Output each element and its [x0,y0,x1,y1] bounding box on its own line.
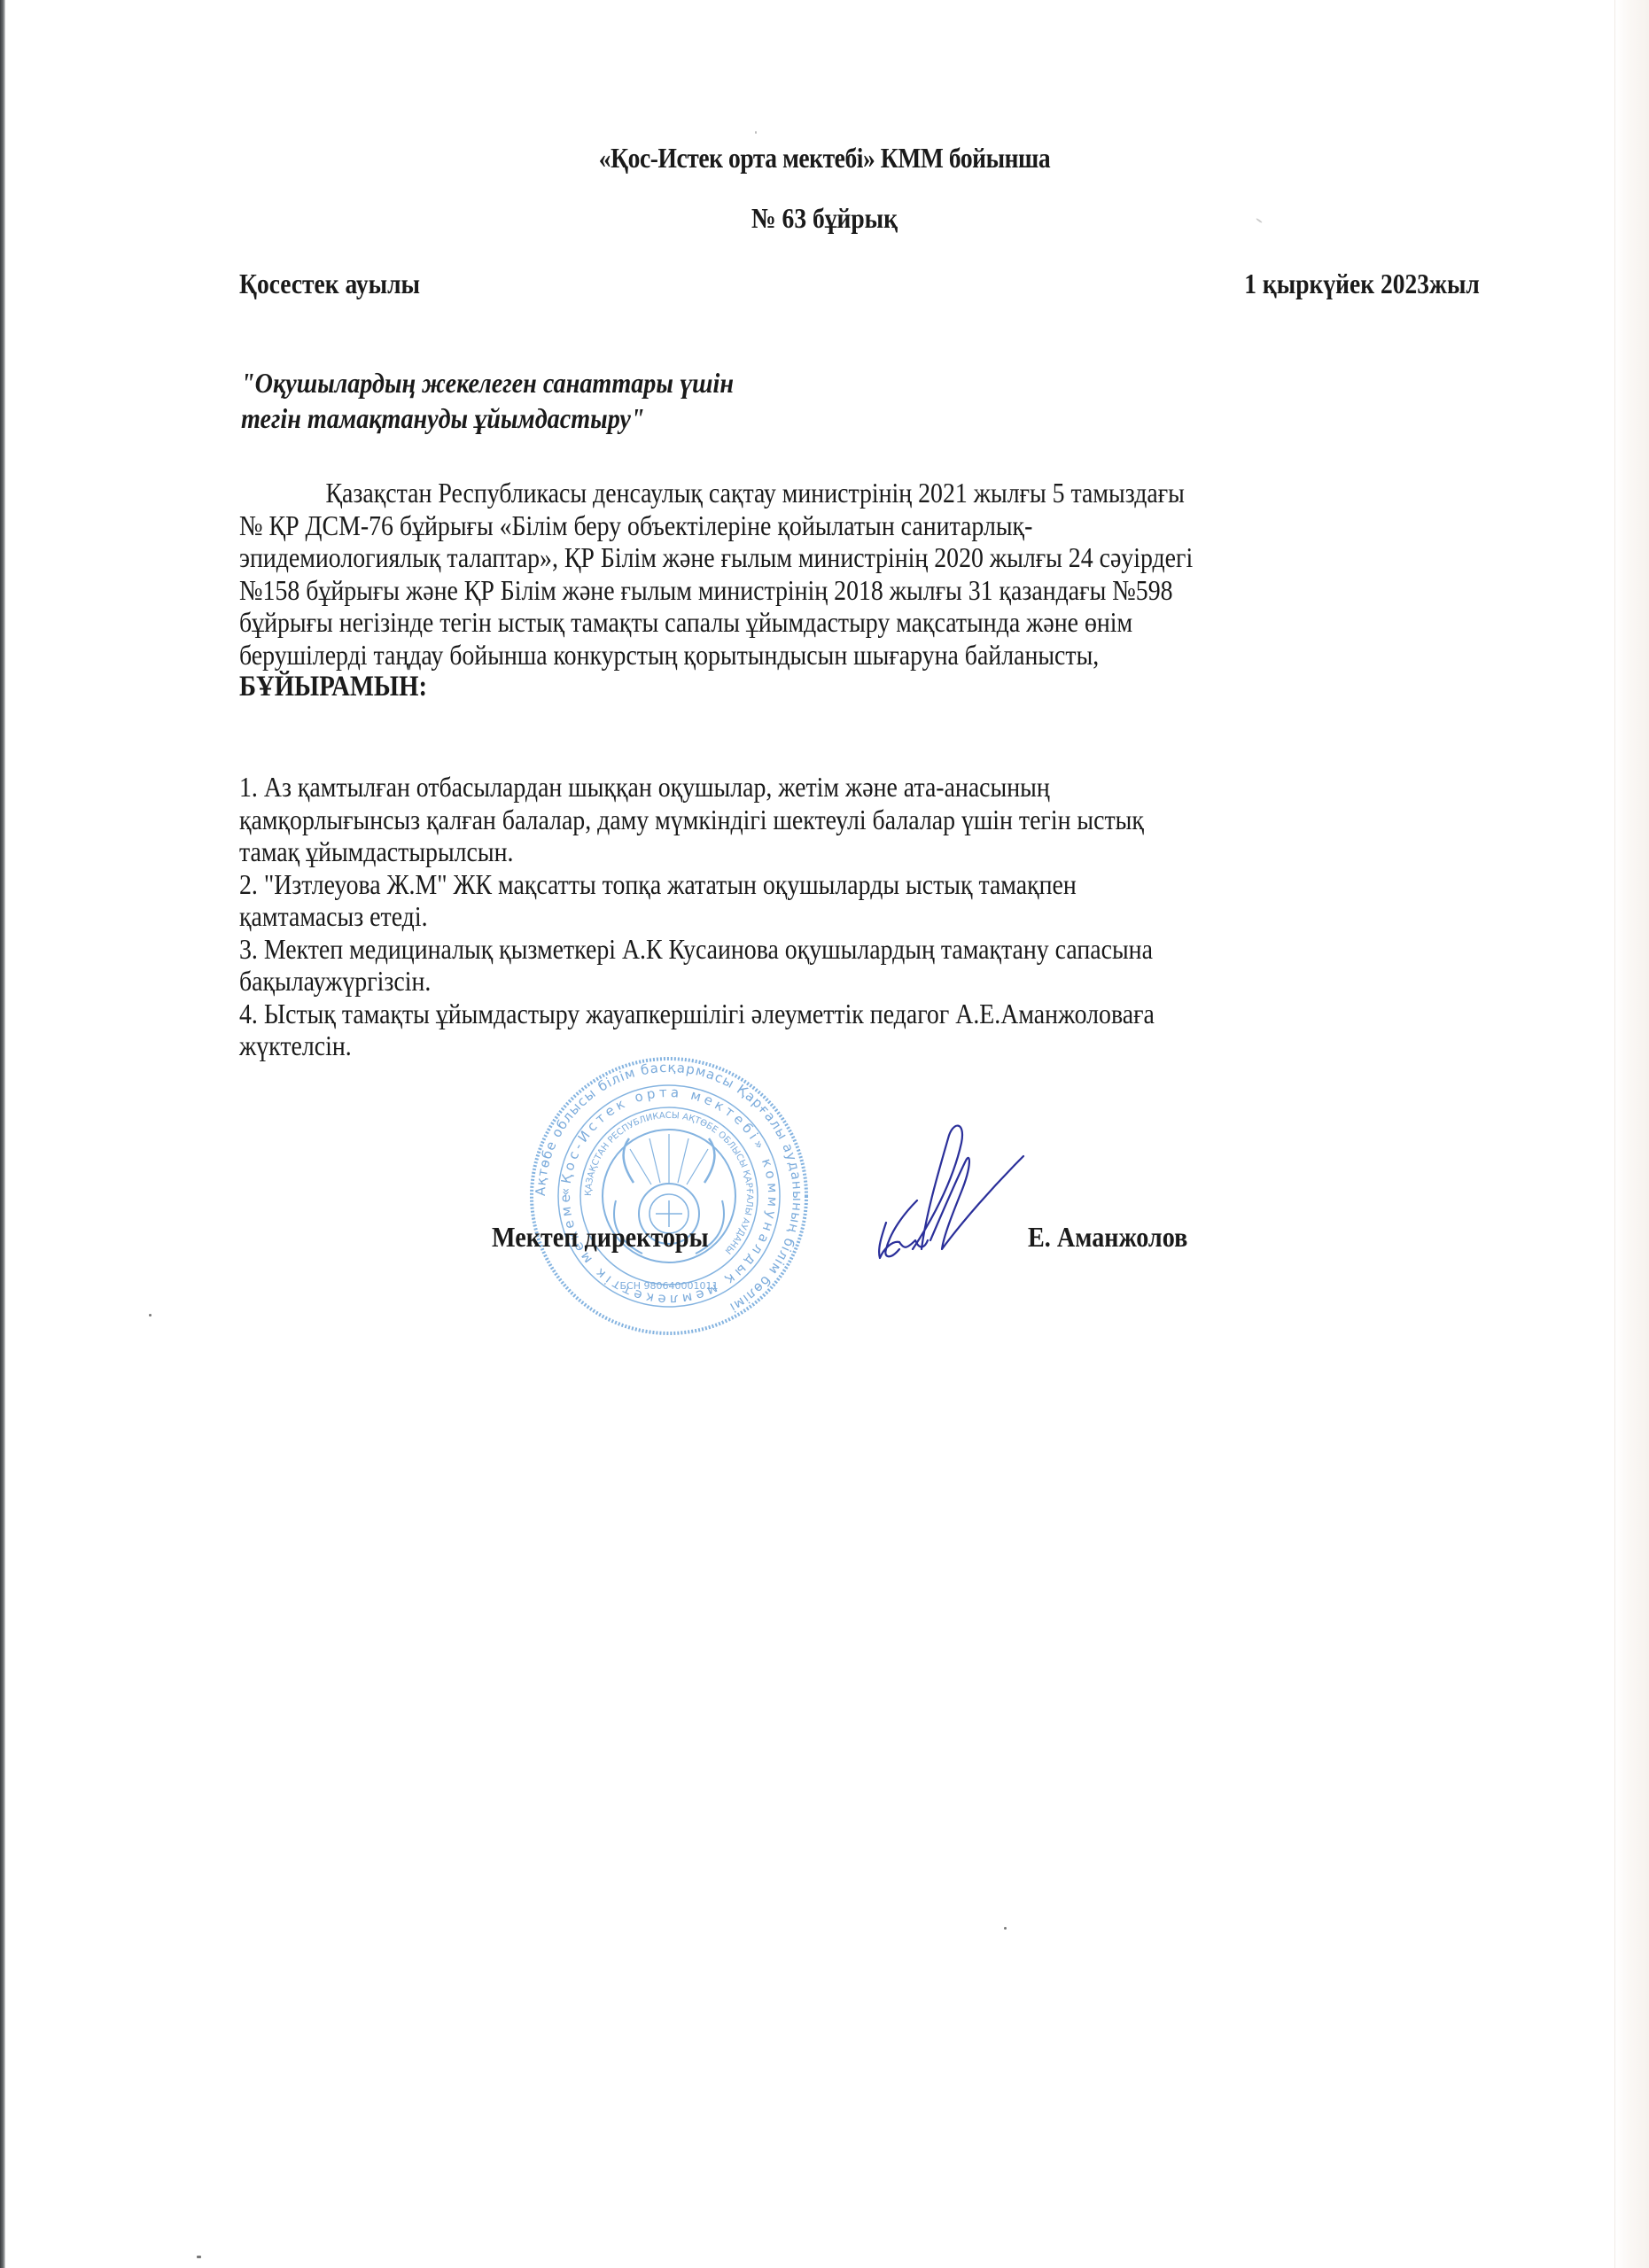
item-line: 1. Аз қамтылған отбасылардан шыққан оқуш… [239,771,1488,804]
order-items: 1. Аз қамтылған отбасылардан шыққан оқуш… [239,771,1488,1062]
preamble-line: Қазақстан Республикасы денсаулық сақтау … [239,477,1488,509]
order-item-3: 3. Мектеп медициналық қызметкері А.К Кус… [239,933,1488,998]
scan-speck [755,131,757,134]
official-stamp-icon: Ақтөбе облысы білім басқармасы Қарғалы а… [527,1050,811,1342]
item-line: 2. "Изтлеуова Ж.М" ЖК мақсатты топқа жат… [239,868,1488,901]
decree-word: БҰЙЫРАМЫН: [239,671,1488,703]
document-page: «Қос-Истек орта мектебі» КММ бойынша № 6… [0,0,1649,2268]
subject-line: "Оқушылардың жекелеген санаттары үшін [241,365,1021,400]
item-line: жүктелсін. [239,1029,1488,1062]
preamble-line: берушілерді таңдау бойынша конкурстың қо… [239,639,1488,672]
preamble: Қазақстан Республикасы денсаулық сақтау … [239,477,1488,703]
signer-role: Мектеп директоры [492,1221,709,1254]
item-line: 4. Ыстық тамақты ұйымдастыру жауапкершіл… [239,998,1488,1030]
scan-speck [1004,1927,1007,1930]
signer-name: Е. Аманжолов [1028,1221,1187,1254]
preamble-line: бұйрығы негізінде тегін ыстық тамақты са… [239,606,1488,639]
item-line: бақылаужүргізсін. [239,965,1488,998]
item-line: қамтамасыз етеді. [239,900,1488,933]
place: Қосестек ауылы [239,268,420,300]
order-subject: "Оқушылардың жекелеген санаттары үшін те… [241,365,1021,436]
item-line: 3. Мектеп медициналық қызметкері А.К Кус… [239,933,1488,966]
page-title: «Қос-Истек орта мектебі» КММ бойынша [115,142,1533,175]
signature-icon [837,1116,1041,1267]
scan-speck [197,2256,201,2258]
order-number: № 63 бұйрық [115,202,1533,235]
order-item-1: 1. Аз қамтылған отбасылардан шыққан оқуш… [239,771,1488,868]
item-line: қамқорлығынсыз қалған балалар, даму мүмк… [239,804,1488,836]
preamble-line: эпидемиологиялық талаптар», ҚР Білім жән… [239,541,1488,574]
stamp-bin: БСН 980640001011 [620,1280,719,1292]
item-line: тамақ ұйымдастырылсын. [239,835,1488,868]
scan-speck [149,1314,152,1317]
preamble-line: № ҚР ДСМ-76 бұйрығы «Білім беру объектіл… [239,509,1488,542]
preamble-line: №158 бұйрығы және ҚР Білім және ғылым ми… [239,574,1488,607]
order-item-2: 2. "Изтлеуова Ж.М" ЖК мақсатты топқа жат… [239,868,1488,933]
subject-line: тегін тамақтануды ұйымдастыру" [241,400,1021,436]
date: 1 қыркүйек 2023жыл [1244,268,1480,300]
order-item-4: 4. Ыстық тамақты ұйымдастыру жауапкершіл… [239,998,1488,1062]
